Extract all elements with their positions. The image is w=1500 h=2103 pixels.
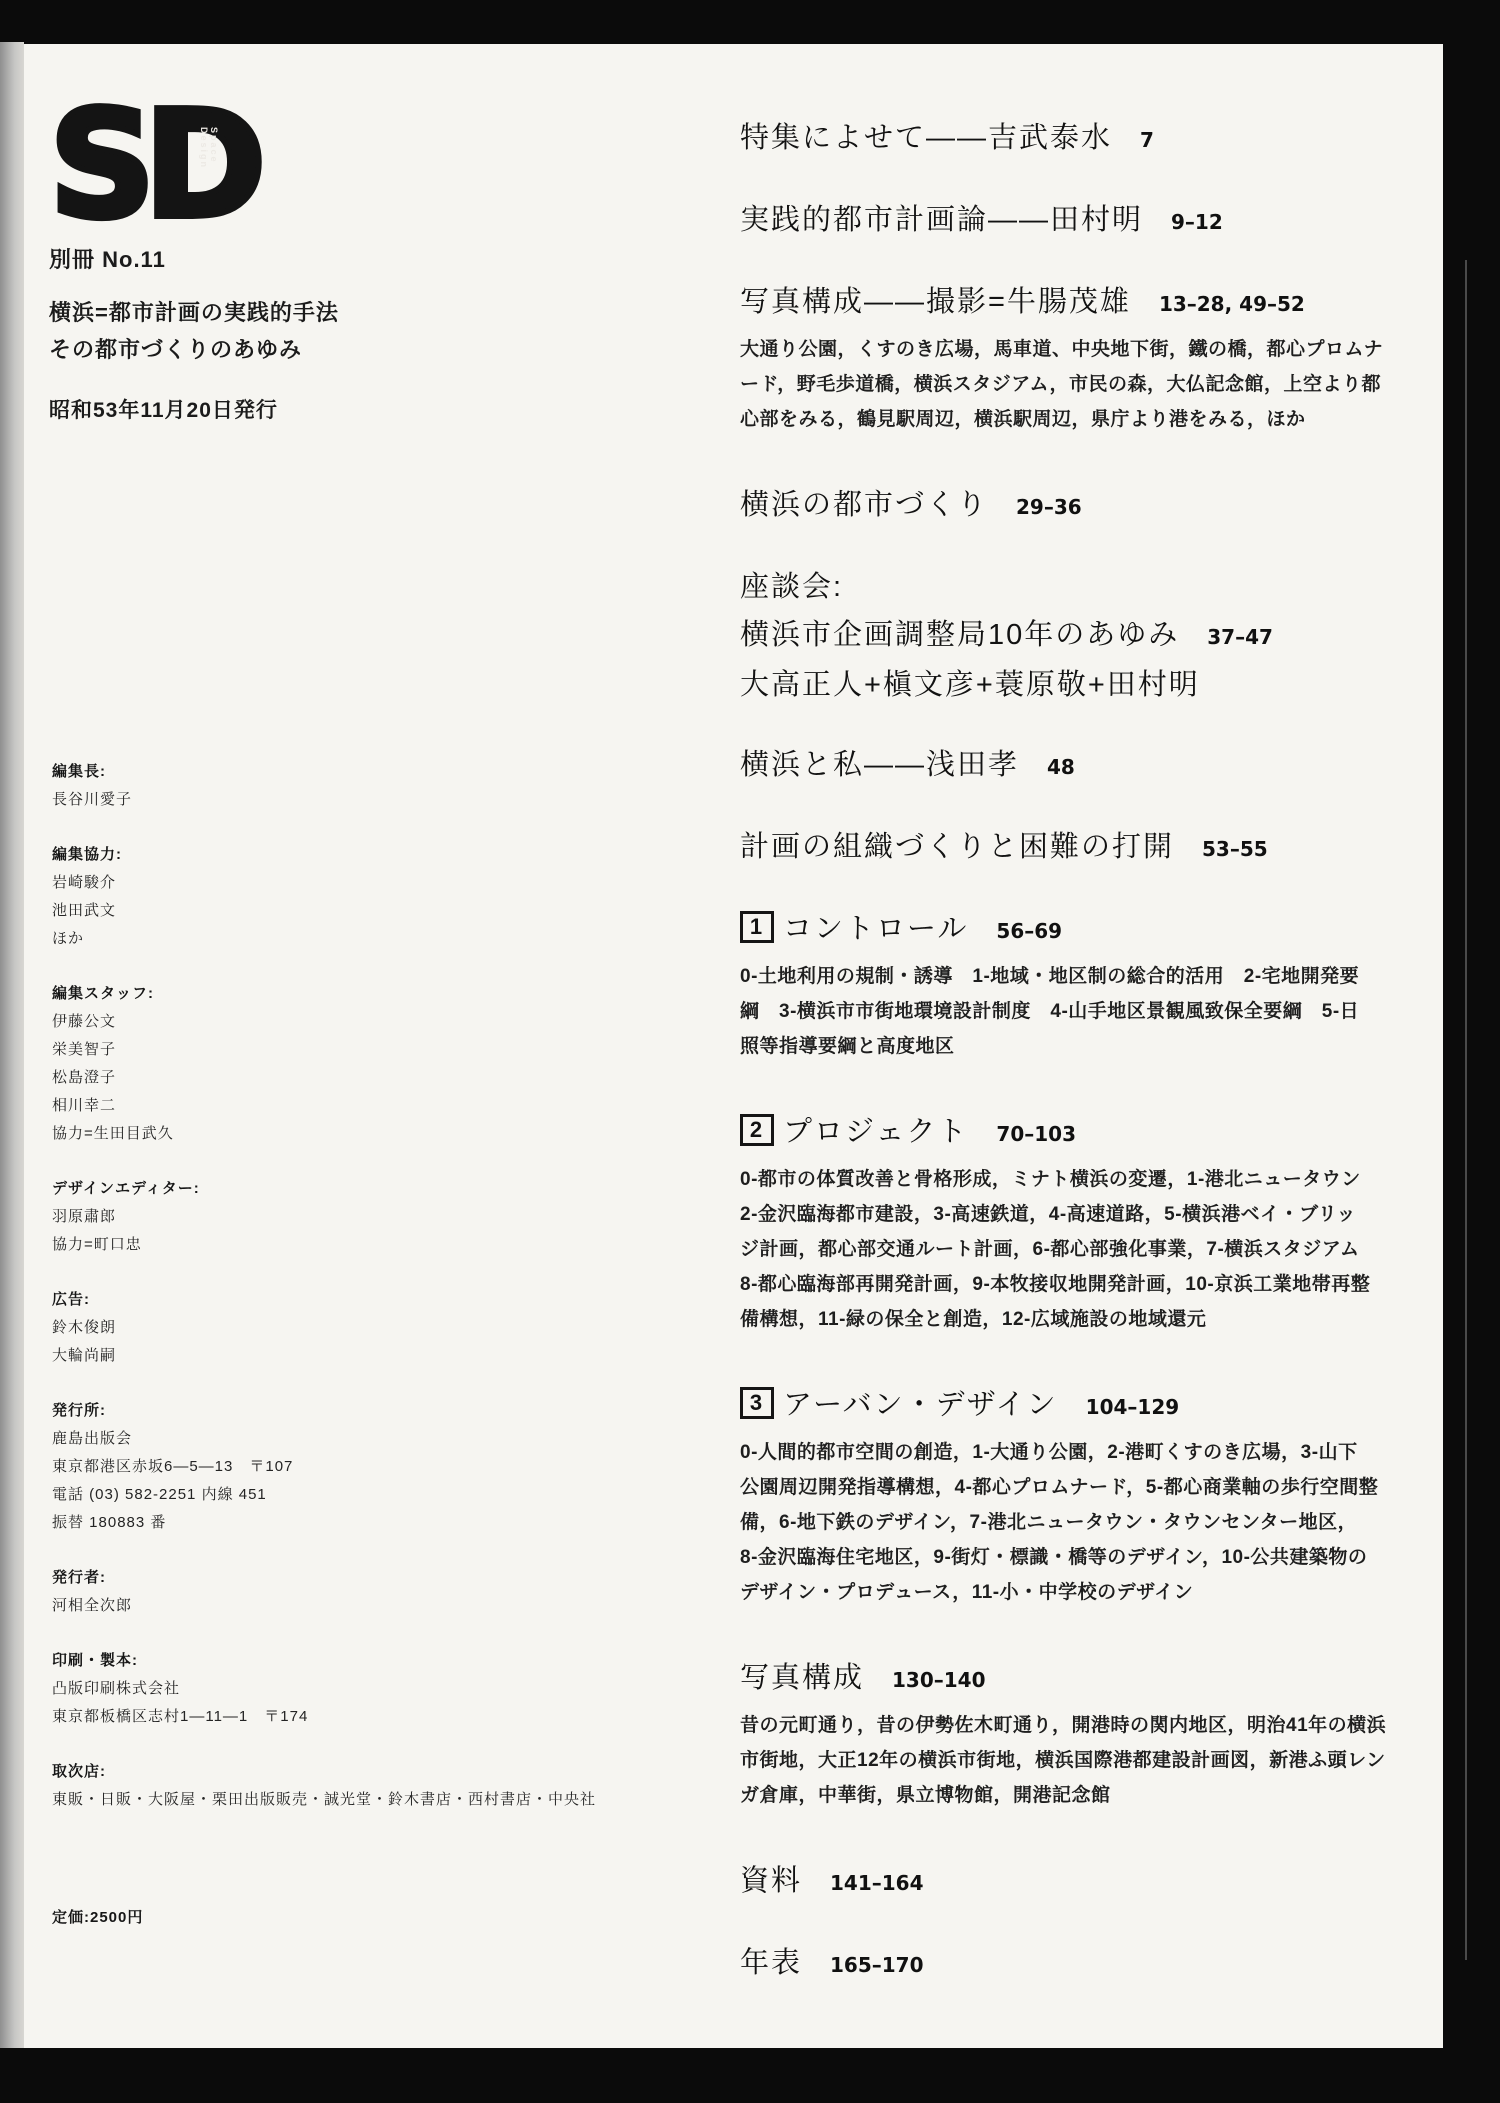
- colophon-line: 羽原肅郎: [52, 1203, 627, 1231]
- toc-title-text: 実践的都市計画論——田村明: [740, 204, 1143, 236]
- publication-date: 昭和53年11月20日発行: [49, 394, 609, 424]
- toc-title-text: 写真構成——撮影=牛腸茂雄: [740, 286, 1131, 318]
- colophon-group: 編集長:長谷川愛子: [52, 758, 627, 814]
- toc-entry-title: 計画の組織づくりと困難の打開53–55: [740, 823, 1440, 873]
- colophon-label: 発行所:: [52, 1397, 627, 1425]
- toc-title-text: 写真構成: [740, 1662, 864, 1694]
- colophon-label: デザインエディター:: [52, 1175, 627, 1203]
- colophon-line: 鹿島出版会: [52, 1425, 627, 1453]
- toc-title-text: コントロール: [783, 913, 968, 945]
- toc-entry: 座談会:横浜市企画調整局10年のあゆみ37–47大高正人+槇文彦+蓑原敬+田村明: [740, 563, 1440, 709]
- colophon-group: 編集スタッフ:伊藤公文栄美智子松島澄子相川幸二協力=生田目武久: [52, 980, 627, 1148]
- colophon-line: 鈴木俊朗: [52, 1314, 627, 1342]
- toc-entry-title: 3アーバン・デザイン104–129: [740, 1381, 1440, 1431]
- colophon-line: 東京都港区赤坂6—5—13 〒107: [52, 1453, 627, 1481]
- toc-entry-title: 資料141–164: [740, 1857, 1440, 1907]
- toc-entry-title: 2プロジェクト70–103: [740, 1108, 1440, 1158]
- colophon-line: ほか: [52, 925, 627, 953]
- scan-right-band: [1443, 0, 1500, 2103]
- toc-entry: 写真構成130–140昔の元町通り，昔の伊勢佐木町通り，開港時の関内地区，明治4…: [740, 1654, 1440, 1813]
- toc-page-range: 70–103: [996, 1122, 1076, 1146]
- masthead: SD Space Design 別冊 No.11 横浜=都市計画の実践的手法 そ…: [49, 109, 609, 424]
- sd-logo-subtext: Space Design: [199, 127, 219, 209]
- colophon-line: 相川幸二: [52, 1092, 627, 1120]
- toc-title-text: プロジェクト: [783, 1116, 968, 1148]
- colophon-label: 取次店:: [52, 1758, 627, 1786]
- toc-entry-title: 特集によせて——吉武泰水7: [740, 114, 1440, 164]
- issue-title-line2: その都市づくりのあゆみ: [49, 331, 609, 368]
- toc-entry: 横浜と私——浅田孝48: [740, 741, 1440, 791]
- colophon-line: 河相全次郎: [52, 1592, 627, 1620]
- toc-sub-line: 大通り公園，くすのき広場，馬車道、中央地下街，鐵の橋，都心プロムナ: [740, 332, 1440, 367]
- scan-top-band: [0, 0, 1500, 44]
- toc-sub-line: 照等指導要綱と高度地区: [740, 1029, 1440, 1064]
- toc-title-text: 大高正人+槇文彦+蓑原敬+田村明: [740, 669, 1200, 701]
- toc-sub-line: ガ倉庫，中華街，県立博物館，開港記念館: [740, 1778, 1440, 1813]
- toc-sub-line: 備構想，11-緑の保全と創造，12-広域施設の地域還元: [740, 1302, 1440, 1337]
- toc-page-range: 13–28, 49–52: [1159, 292, 1305, 316]
- sd-logo: SD Space Design: [49, 109, 609, 225]
- scan-bottom-band: [0, 2048, 1500, 2103]
- toc-entry-description: 0-都市の体質改善と骨格形成，ミナト横浜の変遷，1-港北ニュータウン2-金沢臨海…: [740, 1162, 1440, 1337]
- toc-page-range: 29–36: [1016, 495, 1082, 519]
- toc-sub-line: 市街地，大正12年の横浜市街地，横浜国際港都建設計画図，新港ふ頭レン: [740, 1743, 1440, 1778]
- toc-entry-title: 横浜と私——浅田孝48: [740, 741, 1440, 791]
- colophon-group: 発行所:鹿島出版会東京都港区赤坂6—5—13 〒107電話 (03) 582-2…: [52, 1397, 627, 1537]
- toc-sub-line: ード，野毛歩道橋，横浜スタジアム，市民の森，大仏記念館，上空より都: [740, 367, 1440, 402]
- colophon-label: 編集協力:: [52, 841, 627, 869]
- colophon-label: 編集スタッフ:: [52, 980, 627, 1008]
- toc-page-range: 130–140: [892, 1668, 986, 1692]
- colophon-label: 広告:: [52, 1286, 627, 1314]
- toc-entry: 3アーバン・デザイン104–1290-人間的都市空間の創造，1-大通り公園，2-…: [740, 1381, 1440, 1610]
- toc-entry-description: 大通り公園，くすのき広場，馬車道、中央地下街，鐵の橋，都心プロムナード，野毛歩道…: [740, 332, 1440, 437]
- toc-entry-description: 昔の元町通り，昔の伊勢佐木町通り，開港時の関内地区，明治41年の横浜市街地，大正…: [740, 1708, 1440, 1813]
- toc-entry: 1コントロール56–690-土地利用の規制・誘導 1-地域・地区制の総合的活用 …: [740, 905, 1440, 1064]
- toc-page-range: 141–164: [830, 1871, 924, 1895]
- magazine-contents-page: SD Space Design 別冊 No.11 横浜=都市計画の実践的手法 そ…: [24, 44, 1443, 2048]
- toc-sub-line: 綱 3-横浜市市街地環境設計制度 4-山手地区景観風致保全要綱 5-日: [740, 994, 1440, 1029]
- colophon-line: 池田武文: [52, 897, 627, 925]
- toc-page-range: 104–129: [1086, 1395, 1180, 1419]
- colophon-line: 大輪尚嗣: [52, 1342, 627, 1370]
- toc-section-number: 3: [740, 1387, 774, 1419]
- toc-entry: 実践的都市計画論——田村明9–12: [740, 196, 1440, 246]
- toc-entry-description: 0-人間的都市空間の創造，1-大通り公園，2-港町くすのき広場，3-山下公園周辺…: [740, 1435, 1440, 1610]
- toc-entry: 2プロジェクト70–1030-都市の体質改善と骨格形成，ミナト横浜の変遷，1-港…: [740, 1108, 1440, 1337]
- colophon-group: 取次店:東販・日販・大阪屋・栗田出版販売・誠光堂・鈴木書店・西村書店・中央社: [52, 1758, 627, 1814]
- colophon-group: 発行者:河相全次郎: [52, 1564, 627, 1620]
- toc-sub-line: 公園周辺開発指導構想，4-都心プロムナード，5-都心商業軸の歩行空間整: [740, 1470, 1440, 1505]
- toc-page-range: 165–170: [830, 1953, 924, 1977]
- toc-entry: 特集によせて——吉武泰水7: [740, 114, 1440, 164]
- colophon-line: 東京都板橋区志村1—11—1 〒174: [52, 1703, 627, 1731]
- colophon-group: 印刷・製本:凸版印刷株式会社東京都板橋区志村1—11—1 〒174: [52, 1647, 627, 1731]
- toc-sub-line: 8-金沢臨海住宅地区，9-街灯・標識・橋等のデザイン，10-公共建築物の: [740, 1540, 1440, 1575]
- toc-entry-title: 写真構成130–140: [740, 1654, 1440, 1704]
- toc-sub-line: 2-金沢臨海都市建設，3-高速鉄道，4-高速道路，5-横浜港ベイ・ブリッ: [740, 1197, 1440, 1232]
- colophon-label: 印刷・製本:: [52, 1647, 627, 1675]
- colophon-line: 凸版印刷株式会社: [52, 1675, 627, 1703]
- toc-title-text: 横浜の都市づくり: [740, 489, 988, 521]
- toc-entry: 年表165–170: [740, 1939, 1440, 1989]
- toc-entry-title: 年表165–170: [740, 1939, 1440, 1989]
- toc-sub-line: 心部をみる，鶴見駅周辺，横浜駅周辺，県庁より港をみる，ほか: [740, 402, 1440, 437]
- colophon-line: 振替 180883 番: [52, 1509, 627, 1537]
- page-edge-shadow: [0, 42, 24, 2052]
- colophon-label: 発行者:: [52, 1564, 627, 1592]
- colophon-line: 松島澄子: [52, 1064, 627, 1092]
- toc-sub-line: 0-都市の体質改善と骨格形成，ミナト横浜の変遷，1-港北ニュータウン: [740, 1162, 1440, 1197]
- colophon: 編集長:長谷川愛子編集協力:岩崎駿介池田武文ほか編集スタッフ:伊藤公文栄美智子松…: [52, 758, 627, 1927]
- colophon-line: 電話 (03) 582-2251 内線 451: [52, 1481, 627, 1509]
- toc-title-text: 計画の組織づくりと困難の打開: [740, 831, 1174, 863]
- toc-page-range: 53–55: [1202, 837, 1268, 861]
- toc-entry-description: 0-土地利用の規制・誘導 1-地域・地区制の総合的活用 2-宅地開発要綱 3-横…: [740, 959, 1440, 1064]
- colophon-line: 伊藤公文: [52, 1008, 627, 1036]
- toc-entry: 写真構成——撮影=牛腸茂雄13–28, 49–52大通り公園，くすのき広場，馬車…: [740, 278, 1440, 437]
- toc-entry-title: 1コントロール56–69: [740, 905, 1440, 955]
- colophon-group: 編集協力:岩崎駿介池田武文ほか: [52, 841, 627, 953]
- colophon-line: 栄美智子: [52, 1036, 627, 1064]
- toc-title-text: アーバン・デザイン: [783, 1389, 1058, 1421]
- toc-entry-title: 横浜市企画調整局10年のあゆみ37–47: [740, 611, 1440, 661]
- colophon-group: 広告:鈴木俊朗大輪尚嗣: [52, 1286, 627, 1370]
- toc-title-text: 年表: [740, 1947, 802, 1979]
- colophon-label: 編集長:: [52, 758, 627, 786]
- table-of-contents: 特集によせて——吉武泰水7実践的都市計画論——田村明9–12写真構成——撮影=牛…: [740, 114, 1440, 2021]
- toc-title-text: 横浜市企画調整局10年のあゆみ: [740, 619, 1179, 651]
- toc-sub-line: ジ計画，都心部交通ルート計画，6-都心部強化事業，7-横浜スタジアム: [740, 1232, 1440, 1267]
- toc-title-text: 資料: [740, 1865, 802, 1897]
- toc-page-range: 9–12: [1171, 210, 1223, 234]
- toc-page-range: 48: [1047, 755, 1075, 779]
- toc-sub-line: 備，6-地下鉄のデザイン，7-港北ニュータウン・タウンセンター地区，: [740, 1505, 1440, 1540]
- toc-sub-line: 8-都心臨海部再開発計画，9-本牧接収地開発計画，10-京浜工業地帯再整: [740, 1267, 1440, 1302]
- toc-entry-title: 写真構成——撮影=牛腸茂雄13–28, 49–52: [740, 278, 1440, 328]
- price: 定価:2500円: [52, 1906, 627, 1927]
- sd-logo-text: SD: [49, 79, 254, 251]
- toc-entry-title: 大高正人+槇文彦+蓑原敬+田村明: [740, 661, 1440, 709]
- toc-page-range: 7: [1140, 128, 1154, 152]
- colophon-line: 岩崎駿介: [52, 869, 627, 897]
- colophon-line: 協力=生田目武久: [52, 1120, 627, 1148]
- toc-section-number: 2: [740, 1114, 774, 1146]
- toc-entry-title: 座談会:: [740, 563, 1440, 611]
- toc-entry-title: 実践的都市計画論——田村明9–12: [740, 196, 1440, 246]
- toc-sub-line: 昔の元町通り，昔の伊勢佐木町通り，開港時の関内地区，明治41年の横浜: [740, 1708, 1440, 1743]
- scanned-magazine-spread: { "masthead": { "logo": "SD", "logo_sub"…: [0, 0, 1500, 2103]
- colophon-line: 東販・日販・大阪屋・栗田出版販売・誠光堂・鈴木書店・西村書店・中央社: [52, 1786, 627, 1814]
- toc-sub-line: 0-人間的都市空間の創造，1-大通り公園，2-港町くすのき広場，3-山下: [740, 1435, 1440, 1470]
- toc-title-text: 横浜と私——浅田孝: [740, 749, 1019, 781]
- issue-title-line1: 横浜=都市計画の実践的手法: [49, 294, 609, 331]
- toc-title-text: 特集によせて——吉武泰水: [740, 122, 1112, 154]
- toc-title-text: 座談会:: [740, 571, 843, 603]
- toc-sub-line: デザイン・プロデュース，11-小・中学校のデザイン: [740, 1575, 1440, 1610]
- toc-entry: 計画の組織づくりと困難の打開53–55: [740, 823, 1440, 873]
- toc-entry: 資料141–164: [740, 1857, 1440, 1907]
- toc-section-number: 1: [740, 911, 774, 943]
- toc-sub-line: 0-土地利用の規制・誘導 1-地域・地区制の総合的活用 2-宅地開発要: [740, 959, 1440, 994]
- colophon-line: 協力=町口忠: [52, 1231, 627, 1259]
- toc-entry-title: 横浜の都市づくり29–36: [740, 481, 1440, 531]
- toc-entry: 横浜の都市づくり29–36: [740, 481, 1440, 531]
- colophon-line: 長谷川愛子: [52, 786, 627, 814]
- toc-page-range: 37–47: [1207, 625, 1273, 649]
- colophon-group: デザインエディター:羽原肅郎協力=町口忠: [52, 1175, 627, 1259]
- toc-page-range: 56–69: [996, 919, 1062, 943]
